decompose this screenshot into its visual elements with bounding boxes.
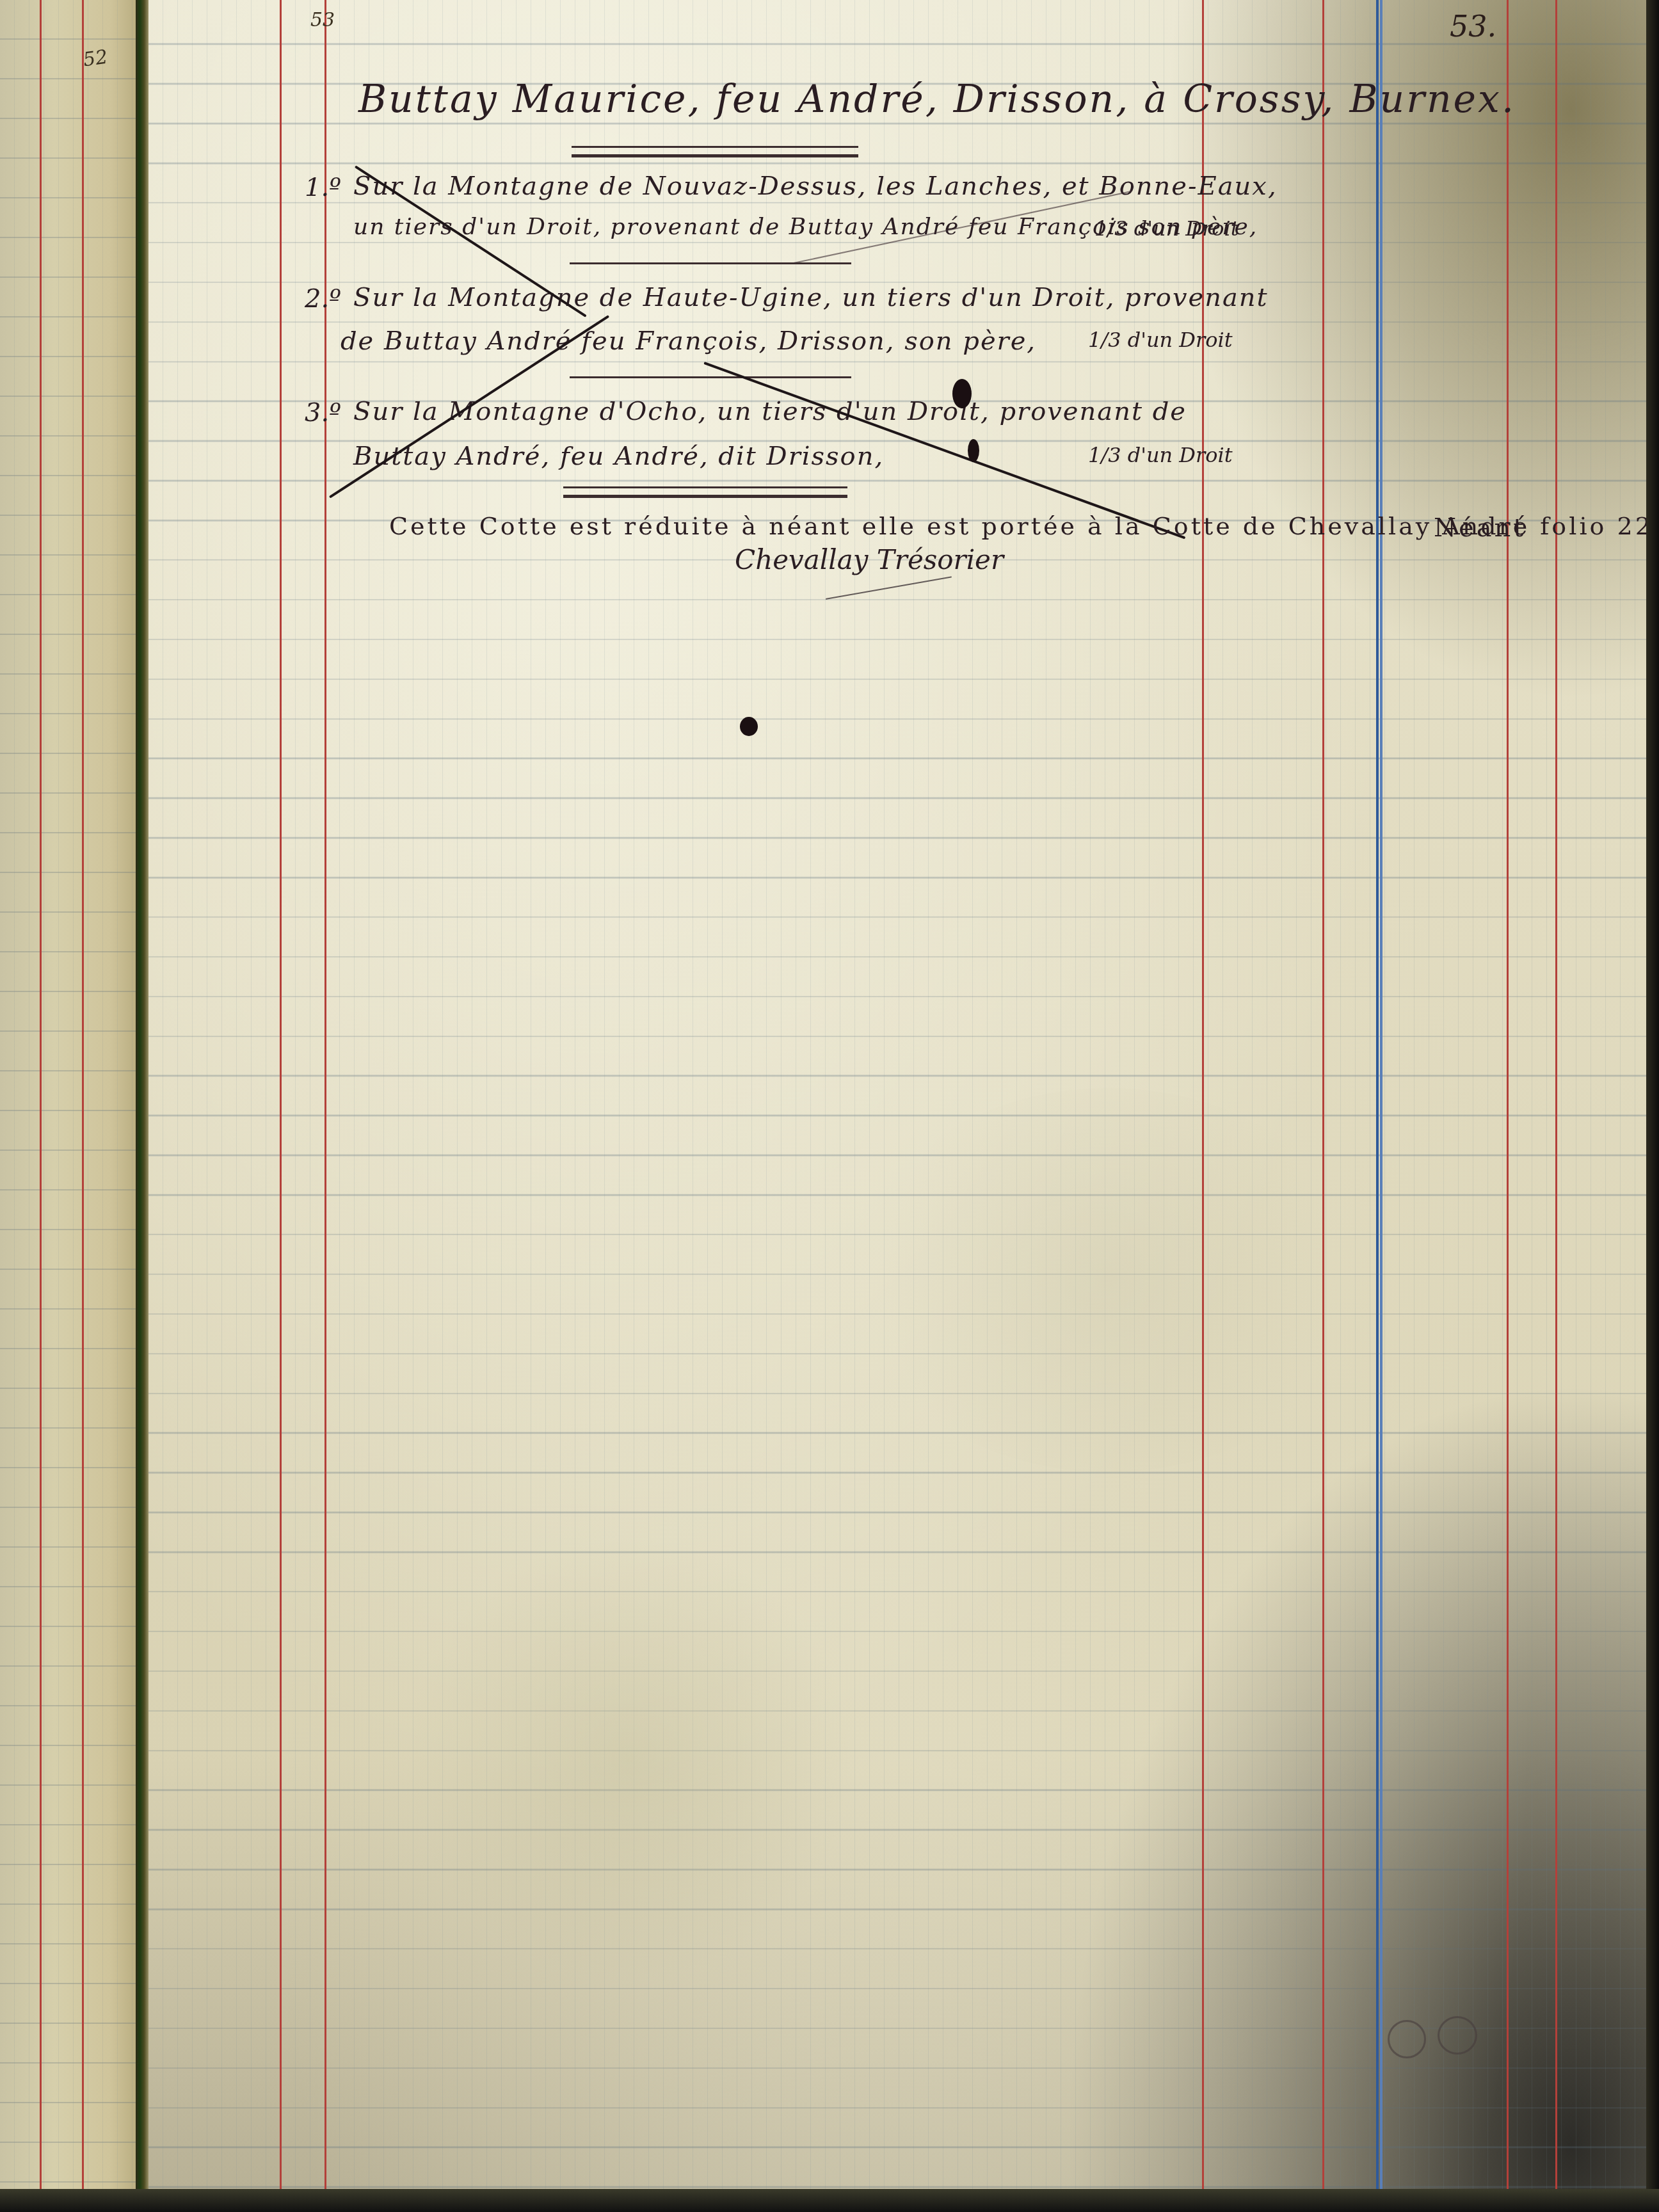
entry-1-separator [570,262,851,267]
entry-1-share: 1/3 d'un Droit [1094,216,1239,241]
entry-2-line-2: de Buttay André feu François, Drisson, s… [341,326,1036,356]
left-page-number: 52 [82,46,109,72]
entry-2-line-1: Sur la Montagne de Haute-Ugine, un tiers… [353,283,1269,312]
status-neant: Néant [1434,513,1526,543]
blue-double-rule [1376,0,1379,2189]
entry-3-line-2: Buttay André, feu André, dit Drisson, [353,442,884,471]
left-page-grid-vertical [0,0,138,2212]
water-stain [853,1088,1365,1472]
ink-blot [952,379,972,408]
ring-mark [1438,2016,1477,2055]
treasurer-signature: Chevallay Trésorier [735,544,1004,575]
entries-closing-double-rule [563,486,847,498]
margin-red-rule-2 [325,0,326,2189]
left-facing-page [0,0,138,2212]
entry-title: Buttay Maurice, feu André, Drisson, à Cr… [358,77,1516,122]
right-red-rule-2 [1555,0,1557,2189]
ink-blot [968,439,979,462]
photo-scene: 52 53 53. Buttay Maurice, feu André, Dri… [0,0,1659,2212]
left-page-red-rule-2 [82,0,84,2189]
entry-3-number: 3.º [305,398,341,428]
margin-page-number: 53 [310,9,335,31]
right-red-rule-1 [1507,0,1509,2189]
entry-2-share: 1/3 d'un Droit [1088,328,1233,352]
entry-1-number: 1.º [305,173,341,202]
entry-3-share: 1/3 d'un Droit [1088,443,1233,467]
entry-1-line-1: Sur la Montagne de Nouvaz-Dessus, les La… [353,172,1278,201]
page-right-edge-shadow [1646,0,1659,2212]
page-bottom-edge-shadow [0,2189,1659,2212]
ink-blot [740,717,758,736]
entry-2-number: 2.º [305,284,341,314]
title-double-underline [572,146,858,157]
left-page-red-rule-1 [40,0,42,2189]
water-stain [405,1536,853,1984]
corner-page-number: 53. [1450,9,1496,44]
entry-2-separator [570,376,851,381]
margin-red-rule-1 [280,0,282,2189]
amount-column-red-rule-2 [1322,0,1324,2189]
ring-mark [1388,2020,1426,2058]
book-gutter [136,0,150,2212]
